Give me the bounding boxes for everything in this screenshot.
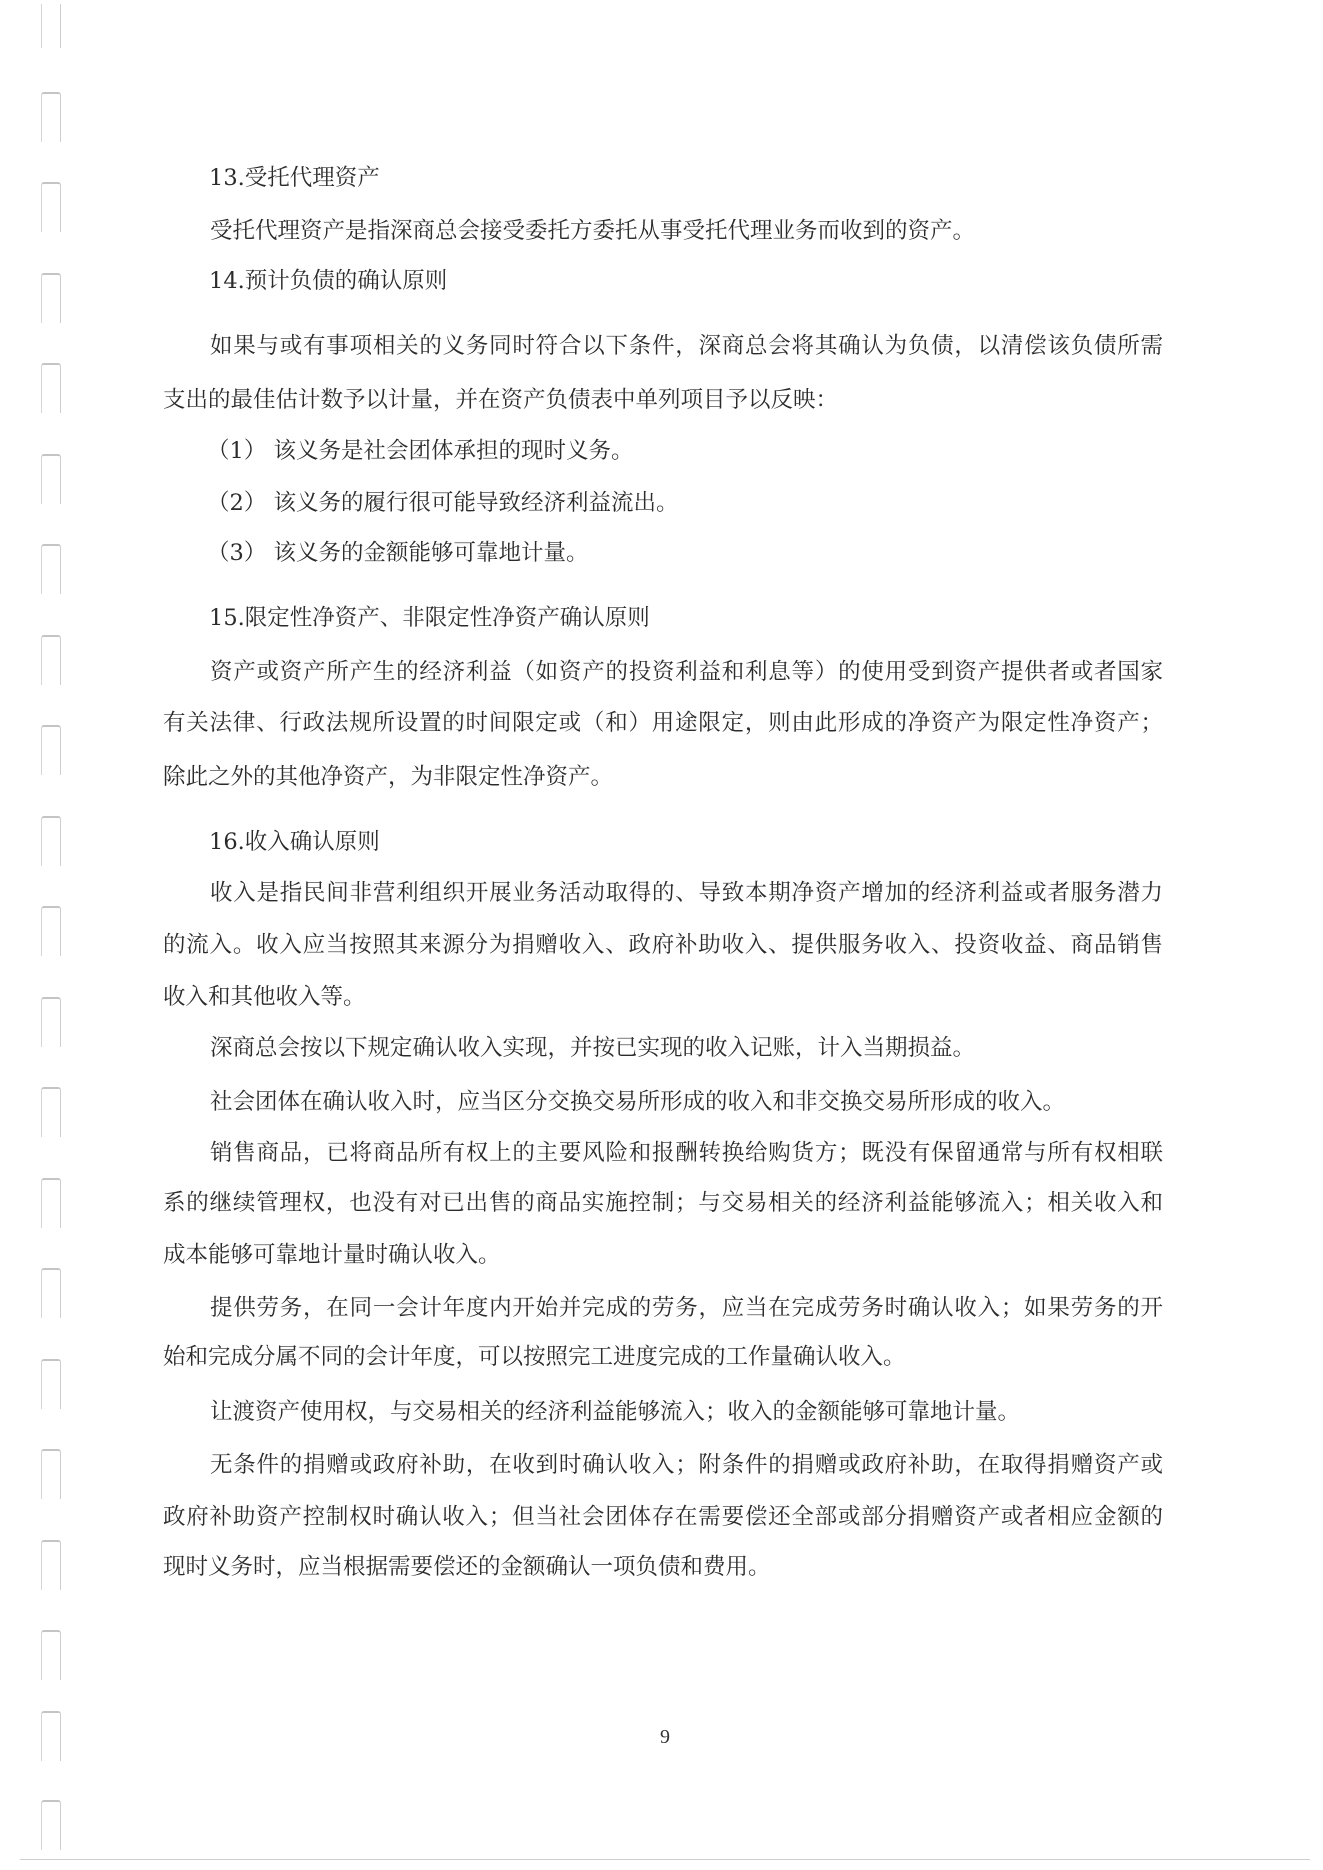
binding-mark bbox=[41, 1540, 61, 1590]
paragraph-line: 收入和其他收入等。 bbox=[163, 982, 1163, 1012]
paragraph-line: 无条件的捐赠或政府补助，在收到时确认收入；附条件的捐赠或政府补助，在取得捐赠资产… bbox=[163, 1450, 1163, 1480]
paragraph-line: 有关法律、行政法规所设置的时间限定或（和）用途限定，则由此形成的净资产为限定性净… bbox=[163, 708, 1163, 738]
list-item-3: （3） 该义务的金额能够可靠地计量。 bbox=[163, 538, 1163, 568]
binding-mark bbox=[41, 997, 61, 1047]
binding-mark bbox=[41, 1268, 61, 1318]
binding-mark bbox=[41, 363, 61, 413]
binding-mark bbox=[41, 635, 61, 685]
list-item-2: （2） 该义务的履行很可能导致经济利益流出。 bbox=[163, 488, 1163, 518]
paragraph-line: 现时义务时，应当根据需要偿还的金额确认一项负债和费用。 bbox=[163, 1552, 1163, 1582]
paragraph-line: 资产或资产所产生的经济利益（如资产的投资利益和利息等）的使用受到资产提供者或者国… bbox=[163, 657, 1163, 687]
section-heading-15: 15.限定性净资产、非限定性净资产确认原则 bbox=[163, 603, 1163, 633]
section-heading-16: 16.收入确认原则 bbox=[163, 827, 1163, 857]
scan-bottom-edge bbox=[20, 1859, 1310, 1860]
binding-mark bbox=[41, 544, 61, 594]
binding-mark bbox=[41, 1630, 61, 1680]
list-item-1: （1） 该义务是社会团体承担的现时义务。 bbox=[163, 436, 1163, 466]
paragraph-line: 销售商品，已将商品所有权上的主要风险和报酬转换给购货方；既没有保留通常与所有权相… bbox=[163, 1138, 1163, 1168]
paragraph-line: 社会团体在确认收入时，应当区分交换交易所形成的收入和非交换交易所形成的收入。 bbox=[163, 1087, 1163, 1117]
binding-mark bbox=[41, 725, 61, 775]
section-heading-13: 13.受托代理资产 bbox=[163, 163, 1163, 193]
binding-mark bbox=[41, 273, 61, 323]
binding-mark bbox=[41, 454, 61, 504]
paragraph-line: 如果与或有事项相关的义务同时符合以下条件，深商总会将其确认为负债，以清偿该负债所… bbox=[163, 331, 1163, 361]
paragraph-line: 的流入。收入应当按照其来源分为捐赠收入、政府补助收入、提供服务收入、投资收益、商… bbox=[163, 930, 1163, 960]
binding-mark bbox=[41, 1711, 61, 1761]
binding-mark bbox=[41, 1800, 61, 1850]
binding-mark bbox=[41, 1359, 61, 1409]
paragraph-line: 收入是指民间非营利组织开展业务活动取得的、导致本期净资产增加的经济利益或者服务潜… bbox=[163, 878, 1163, 908]
binding-mark bbox=[41, 4, 61, 48]
paragraph-line: 深商总会按以下规定确认收入实现，并按已实现的收入记账，计入当期损益。 bbox=[163, 1033, 1163, 1063]
binding-mark bbox=[41, 816, 61, 866]
section-heading-14: 14.预计负债的确认原则 bbox=[163, 266, 1163, 296]
paragraph-line: 始和完成分属不同的会计年度，可以按照完工进度完成的工作量确认收入。 bbox=[163, 1342, 1163, 1372]
binding-mark bbox=[41, 182, 61, 232]
paragraph-line: 支出的最佳估计数予以计量，并在资产负债表中单列项目予以反映： bbox=[163, 385, 1163, 415]
binding-mark bbox=[41, 1087, 61, 1137]
paragraph-line: 提供劳务，在同一会计年度内开始并完成的劳务，应当在完成劳务时确认收入；如果劳务的… bbox=[163, 1293, 1163, 1323]
binding-holes-strip bbox=[0, 0, 90, 1870]
paragraph-line: 系的继续管理权，也没有对已出售的商品实施控制；与交易相关的经济利益能够流入；相关… bbox=[163, 1188, 1163, 1218]
binding-mark bbox=[41, 906, 61, 956]
binding-mark bbox=[41, 1178, 61, 1228]
paragraph-line: 政府补助资产控制权时确认收入；但当社会团体存在需要偿还全部或部分捐赠资产或者相应… bbox=[163, 1502, 1163, 1532]
paragraph-line: 受托代理资产是指深商总会接受委托方委托从事受托代理业务而收到的资产。 bbox=[163, 216, 1163, 246]
paragraph-line: 除此之外的其他净资产，为非限定性净资产。 bbox=[163, 762, 1163, 792]
paragraph-line: 让渡资产使用权，与交易相关的经济利益能够流入；收入的金额能够可靠地计量。 bbox=[163, 1397, 1163, 1427]
paragraph-line: 成本能够可靠地计量时确认收入。 bbox=[163, 1240, 1163, 1270]
page-number: 9 bbox=[655, 1726, 675, 1749]
binding-mark bbox=[41, 92, 61, 142]
binding-mark bbox=[41, 1449, 61, 1499]
